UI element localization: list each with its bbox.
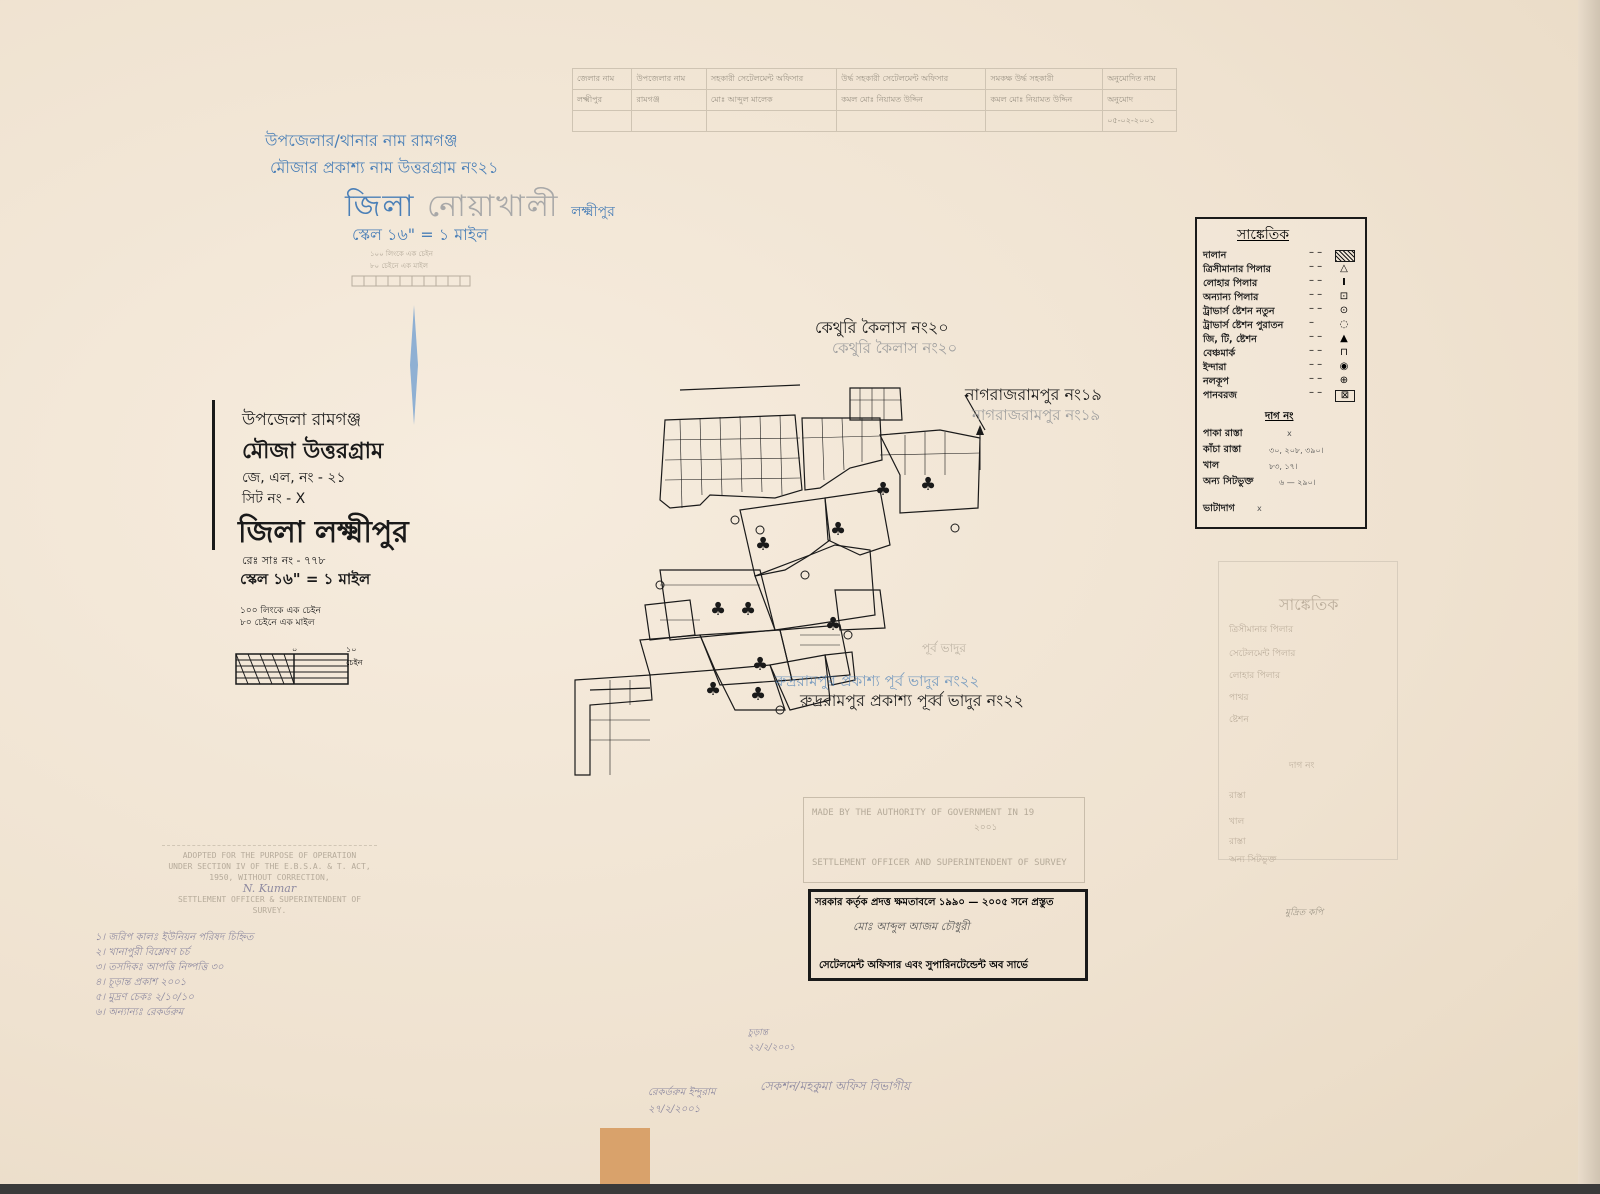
legend-item: নলকূপ xyxy=(1203,375,1229,390)
legend-item: লোহার পিলার xyxy=(1203,277,1257,292)
legend-item: অন্যান্য পিলার xyxy=(1203,291,1258,306)
table-cell: লক্ষ্মীপুর xyxy=(573,90,632,111)
triangle-pillar-icon: △ xyxy=(1335,264,1353,274)
other-pillar-icon: ⊡ xyxy=(1335,292,1353,302)
traverse-new-icon: ⊙ xyxy=(1335,306,1353,316)
faint-scale-bar: ১০০ লিংকে এক চেইন ৮০ চেইনে এক মাইল xyxy=(350,248,500,294)
legend-box: সাঙ্কেতিক দালান ত্রিসীমানার পিলার লোহার … xyxy=(1195,217,1367,529)
bottom-note: রেকর্ডরুম ইন্দুরাম ২৭/২/২০০১ xyxy=(648,1085,738,1119)
handwritten-notes: ১। জরিপ কালঃ ইউনিয়ন পরিষদ চিহ্নিত ২। খা… xyxy=(95,930,253,1020)
legend-item: ত্রিসীমানার পিলার xyxy=(1203,263,1271,278)
blue-title-upazila: উপজেলার/থানার নাম রামগঞ্জ xyxy=(265,128,458,155)
legend-item: ইন্দারা xyxy=(1203,361,1226,376)
tree-icon: ♣ xyxy=(830,519,846,540)
diagonal-scale: ০ ১০ চেইন xyxy=(234,650,354,694)
north-arrow-icon xyxy=(410,305,418,425)
legend-item: বেঞ্চমার্ক xyxy=(1203,347,1235,362)
legend-item: ট্রাভার্স ষ্টেশন পুরাতন xyxy=(1203,319,1283,334)
table-header: সহকারী সেটেলমেন্ট অফিসার xyxy=(706,69,836,90)
table-header: জেলার নাম xyxy=(573,69,632,90)
paper-edge xyxy=(1578,0,1600,1194)
tree-icon: ♣ xyxy=(705,679,721,700)
table-cell: কমল মোঃ নিয়ামত উদ্দিন xyxy=(837,90,986,111)
adjacent-mouza-south: রুদ্ররামপুর প্রকাশ্য পূর্ব্ব ভাদুর নং২২ xyxy=(800,690,1030,712)
legend-item: জি, টি, ষ্টেশন xyxy=(1203,333,1257,348)
benchmark-icon: ⊓ xyxy=(1335,348,1353,358)
scan-edge xyxy=(0,1184,1600,1194)
title-scale: স্কেল ১৬" = ১ মাইল xyxy=(240,568,370,593)
title-block-bar xyxy=(212,400,215,550)
blue-title-mouza: মৌজার প্রকাশ্য নাম উত্তরগ্রাম নং২১ xyxy=(270,155,498,182)
tree-icon: ♣ xyxy=(710,599,726,620)
legend-item: দালান xyxy=(1203,249,1226,264)
bottom-note: সেকশন/মহকুমা অফিস বিভাগীয় xyxy=(760,1078,920,1098)
tree-icon: ♣ xyxy=(755,534,771,555)
adjacent-mouza-north-faint: কেথুরি কৈলাস নং২০ xyxy=(832,337,957,362)
bottom-note: মুদ্রিত কপি xyxy=(1285,905,1323,920)
tree-icon: ♣ xyxy=(752,654,768,675)
iron-pillar-icon: I xyxy=(1335,278,1353,288)
table-cell: অনুমোদ xyxy=(1103,90,1177,111)
gt-station-icon: ▲ xyxy=(1335,334,1353,344)
building-hatch-icon xyxy=(1335,250,1355,262)
faint-legend-box: সাঙ্কেতিক ত্রিসীমানার পিলার সেটেলমেন্ট প… xyxy=(1218,561,1398,860)
government-authority-stamp: MADE BY THE AUTHORITY OF GOVERNMENT IN 1… xyxy=(803,797,1085,883)
legend-item: পানবরজ xyxy=(1203,389,1237,404)
legend-item: ট্রাভার্স ষ্টেশন নতুন xyxy=(1203,305,1275,320)
legend-title: সাঙ্কেতিক xyxy=(1237,223,1289,247)
adopted-stamp: ADOPTED FOR THE PURPOSE OF OPERATION UND… xyxy=(162,845,377,916)
adjacent-mouza-south-faint-above: পূর্ব ভাদুর xyxy=(922,640,966,660)
tree-icon: ♣ xyxy=(750,684,766,705)
table-cell: রামগঞ্জ xyxy=(632,90,706,111)
dag-item: খাল xyxy=(1203,459,1219,474)
header-record-table: জেলার নাম উপজেলার নাম সহকারী সেটেলমেন্ট … xyxy=(572,68,1177,132)
tree-icon: ♣ xyxy=(740,599,756,620)
dag-item: অন্য সিটভুক্ত xyxy=(1203,475,1253,490)
table-cell: কমল মোঃ নিয়ামত উদ্দিন xyxy=(986,90,1103,111)
map-sheet: জেলার নাম উপজেলার নাম সহকারী সেটেলমেন্ট … xyxy=(0,0,1600,1194)
struck-district: নোয়াখালী xyxy=(427,189,560,224)
tape-patch xyxy=(600,1128,650,1184)
table-cell: মোঃ আব্দুল মালেক xyxy=(706,90,836,111)
betel-garden-icon: ⊠ xyxy=(1335,390,1355,402)
table-header: উর্দ্ধ সহকারী সেটেলমেন্ট অফিসার xyxy=(837,69,986,90)
table-date: ০৫-০২-২০০১ xyxy=(1103,111,1177,132)
new-district: লক্ষ্মীপুর xyxy=(571,204,615,220)
adjacent-mouza-northeast-faint: নাগরাজরামপুর নং১৯ xyxy=(972,404,1100,429)
scale-note-2: ৮০ চেইনে এক মাইল xyxy=(240,615,315,630)
dag-item: পাকা রাস্তা xyxy=(1203,427,1242,442)
tree-icon: ♣ xyxy=(875,479,891,500)
table-header: অনুমোদিত নাম xyxy=(1103,69,1177,90)
dag-item: ভাটাদাগ xyxy=(1203,502,1235,517)
tubewell-icon: ⊕ xyxy=(1335,376,1353,386)
bottom-note: চুড়ান্ত ২২/২/২০০১ xyxy=(748,1025,808,1055)
tree-icon: ♣ xyxy=(920,474,936,495)
table-header: সমকক্ষ উর্দ্ধ সহকারী xyxy=(986,69,1103,90)
title-upazila: উপজেলা রামগঞ্জ xyxy=(242,407,361,435)
officer-signature: মোঃ আব্দুল আজম চৌধুরী xyxy=(853,918,970,937)
well-icon: ◉ xyxy=(1335,362,1353,372)
blue-title-scale: স্কেল ১৬" = ১ মাইল xyxy=(352,222,488,249)
dag-title: দাগ নং xyxy=(1265,409,1293,426)
cadastral-plot-map: ♣ ♣ ♣ ♣ ♣ ♣ ♣ ♣ ♣ ♣ xyxy=(560,380,1000,780)
tree-icon: ♣ xyxy=(825,614,841,635)
table-header: উপজেলার নাম xyxy=(632,69,706,90)
scale-bar-icon xyxy=(350,272,495,292)
certification-stamp: সরকার কর্তৃক প্রদত্ত ক্ষমতাবলে ১৯৯০ — ২০… xyxy=(808,889,1088,981)
traverse-old-icon: ◌ xyxy=(1335,320,1353,330)
dag-item: কাঁচা রাস্তা xyxy=(1203,443,1241,458)
